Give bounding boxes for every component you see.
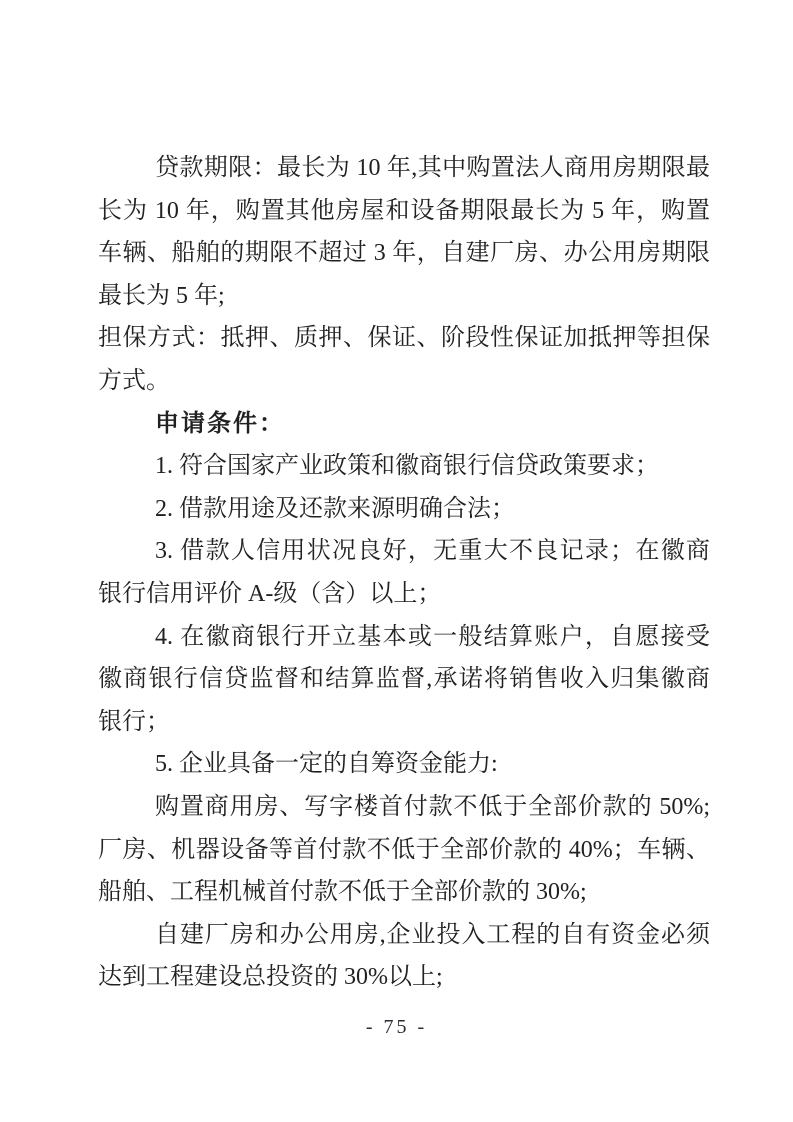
section-heading: 申请条件： bbox=[98, 403, 710, 446]
list-item-line: 4. 在徽商银行开立基本或一般结算账户，自愿接受 bbox=[98, 616, 710, 659]
paragraph-line: 达到工程建设总投资的 30%以上; bbox=[98, 956, 710, 999]
paragraph-line: 厂房、机器设备等首付款不低于全部价款的 40%；车辆、 bbox=[98, 829, 710, 872]
paragraph-line: 方式。 bbox=[98, 360, 710, 403]
paragraph-line: 担保方式：抵押、质押、保证、阶段性保证加抵押等担保 bbox=[98, 317, 710, 360]
list-item-line: 徽商银行信贷监督和结算监督,承诺将销售收入归集徽商 bbox=[98, 658, 710, 701]
paragraph-line: 车辆、船舶的期限不超过 3 年，自建厂房、办公用房期限 bbox=[98, 232, 710, 275]
paragraph-line: 长为 10 年，购置其他房屋和设备期限最长为 5 年，购置 bbox=[98, 190, 710, 233]
paragraph-line: 船舶、工程机械首付款不低于全部价款的 30%; bbox=[98, 871, 710, 914]
paragraph-line: 最长为 5 年; bbox=[98, 275, 710, 318]
paragraph-line: 贷款期限：最长为 10 年,其中购置法人商用房期限最 bbox=[98, 147, 710, 190]
body-text: 贷款期限：最长为 10 年,其中购置法人商用房期限最 长为 10 年，购置其他房… bbox=[98, 147, 710, 999]
list-item-line: 5. 企业具备一定的自筹资金能力: bbox=[98, 743, 710, 786]
paragraph-line: 自建厂房和办公用房,企业投入工程的自有资金必须 bbox=[98, 914, 710, 957]
page-number: - 75 - bbox=[0, 1012, 793, 1042]
list-item-line: 3. 借款人信用状况良好，无重大不良记录；在徽商 bbox=[98, 530, 710, 573]
list-item-line: 银行信用评价 A-级（含）以上； bbox=[98, 573, 710, 616]
list-item-line: 2. 借款用途及还款来源明确合法； bbox=[98, 488, 710, 531]
list-item-line: 1. 符合国家产业政策和徽商银行信贷政策要求； bbox=[98, 445, 710, 488]
list-item-line: 银行； bbox=[98, 701, 710, 744]
document-page: 贷款期限：最长为 10 年,其中购置法人商用房期限最 长为 10 年，购置其他房… bbox=[0, 0, 793, 1122]
paragraph-line: 购置商用房、写字楼首付款不低于全部价款的 50%; bbox=[98, 786, 710, 829]
